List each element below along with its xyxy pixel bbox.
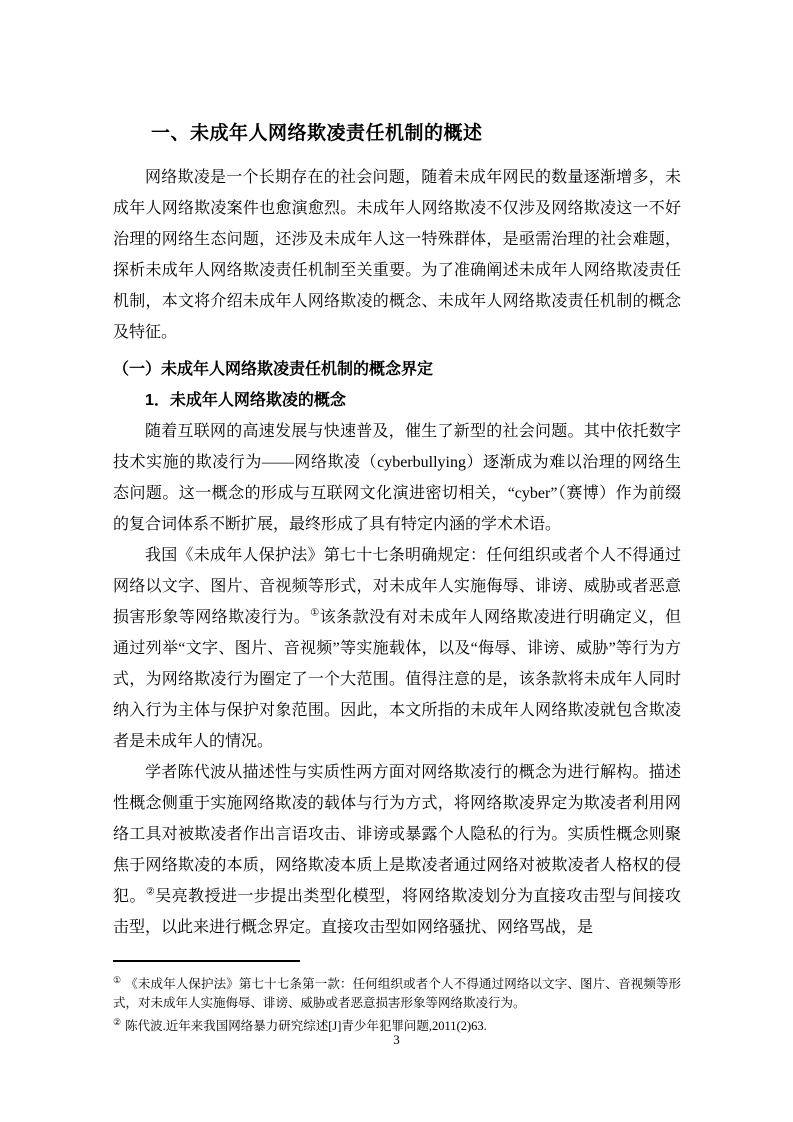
law-definition-paragraph: 我国《未成年人保护法》第七十七条明确规定：任何组织或者个人不得通过网络以文字、图… bbox=[113, 540, 681, 757]
document-page: 一、未成年人网络欺凌责任机制的概述 网络欺凌是一个长期存在的社会问题，随着未成年… bbox=[0, 0, 793, 1122]
scholar-paragraph-text-continued: 吴亮教授进一步提出类型化模型，将网络欺凌划分为直接攻击型与间接攻击型，以此来进行… bbox=[113, 888, 681, 936]
page-title: 一、未成年人网络欺凌责任机制的概述 bbox=[113, 118, 681, 150]
footnote-2-marker: ② bbox=[113, 1017, 121, 1027]
subsection-heading-cyberbullying-concept: 1．未成年人网络欺凌的概念 bbox=[113, 385, 681, 416]
footnote-divider bbox=[113, 960, 300, 962]
footnote-1-text: 《未成年人保护法》第七十七条第一款：任何组织或者个人不得通过网络以文字、图片、音… bbox=[113, 977, 681, 1010]
cyberbullying-origin-paragraph: 随着互联网的高速发展与快速普及，催生了新型的社会问题。其中依托数字技术实施的欺凌… bbox=[113, 416, 681, 540]
footnote-ref-2: ② bbox=[146, 887, 155, 898]
page-number: 3 bbox=[0, 1030, 793, 1049]
footnote-1: ①《未成年人保护法》第七十七条第一款：任何组织或者个人不得通过网络以文字、图片、… bbox=[113, 971, 681, 1013]
footnote-ref-1: ① bbox=[310, 608, 319, 619]
footnote-1-marker: ① bbox=[113, 975, 121, 985]
intro-paragraph: 网络欺凌是一个长期存在的社会问题，随着未成年网民的数量逐渐增多，未成年人网络欺凌… bbox=[113, 162, 681, 348]
footnote-area: ①《未成年人保护法》第七十七条第一款：任何组织或者个人不得通过网络以文字、图片、… bbox=[113, 960, 681, 1036]
section-heading-concept-definition: （一）未成年人网络欺凌责任机制的概念界定 bbox=[113, 354, 681, 385]
scholar-paragraph-text: 学者陈代波从描述性与实质性两方面对网络欺凌行的概念为进行解构。描述性概念侧重于实… bbox=[113, 764, 681, 905]
scholar-view-paragraph: 学者陈代波从描述性与实质性两方面对网络欺凌行的概念为进行解构。描述性概念侧重于实… bbox=[113, 757, 681, 943]
law-paragraph-text-continued: 该条款没有对未成年人网络欺凌进行明确定义，但通过列举“文字、图片、音视频”等实施… bbox=[113, 609, 681, 750]
